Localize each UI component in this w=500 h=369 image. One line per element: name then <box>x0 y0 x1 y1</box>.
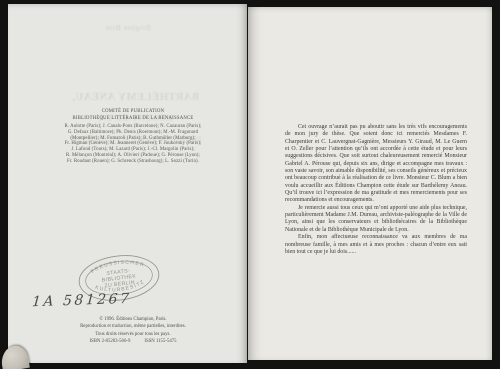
bleedthrough-title-line1: BARTHÉLEMY ANEAU, <box>43 92 228 103</box>
committee-heading-line1: COMITÉ DE PUBLICATION <box>38 108 228 115</box>
committee-line: G. Defaux (Baltimore); Ph. Denis (Roermo… <box>42 130 224 136</box>
imprint-rights: Tous droits réservés pour tous les pays. <box>36 331 230 338</box>
imprint-copyright: © 1996. Éditions Champion, Paris. <box>36 316 230 323</box>
book-scan: { "colors": { "scan_background": "#12121… <box>0 0 500 369</box>
committee-line: Fr. Roudaut (Rouen); G. Schrenck (Strasb… <box>42 159 224 165</box>
acknowledgements-text: Cet ouvrage n’aurait pas pu aboutir sans… <box>285 124 467 256</box>
committee-line: R. Aulotte (Paris); J. Canals-Pons (Barc… <box>42 124 224 130</box>
imprint-isbn: ISBN 2-85203-566-9 <box>89 339 130 344</box>
imprint-issn: ISSN 1155-5475 <box>144 339 176 344</box>
right-page: Cet ouvrage n’aurait pas pu aboutir sans… <box>248 7 492 360</box>
committee-heading: COMITÉ DE PUBLICATION BIBLIOTHÈQUE LITTÉ… <box>38 108 228 122</box>
shelfmark-handwritten: 1A 581267 <box>31 290 162 311</box>
imprint-numbers: ISBN 2-85203-566-9ISSN 1155-5475 <box>36 338 230 345</box>
committee-line: R. Mélançon (Montréal); A. Olivieri (Pad… <box>42 153 224 159</box>
bleedthrough-author-name: Brigitte Biot <box>48 23 208 32</box>
left-page: Brigitte Biot BARTHÉLEMY ANEAU, RÉGENT D… <box>8 4 247 363</box>
acknowledgements-paragraph: Cet ouvrage n’aurait pas pu aboutir sans… <box>285 124 467 205</box>
committee-member-list: R. Aulotte (Paris); J. Canals-Pons (Barc… <box>42 124 224 164</box>
acknowledgements-paragraph: Enfin, mon affectueuse reconnaissance va… <box>285 234 467 256</box>
acknowledgements-paragraph: Je remercie aussi tous ceux qui m’ont ap… <box>285 205 467 234</box>
committee-heading-line2: BIBLIOTHÈQUE LITTÉRAIRE DE LA RENAISSANC… <box>38 115 228 122</box>
imprint-reproduction: Reproduction et traduction, même partiel… <box>36 323 230 330</box>
imprint-block: © 1996. Éditions Champion, Paris. Reprod… <box>36 316 230 346</box>
